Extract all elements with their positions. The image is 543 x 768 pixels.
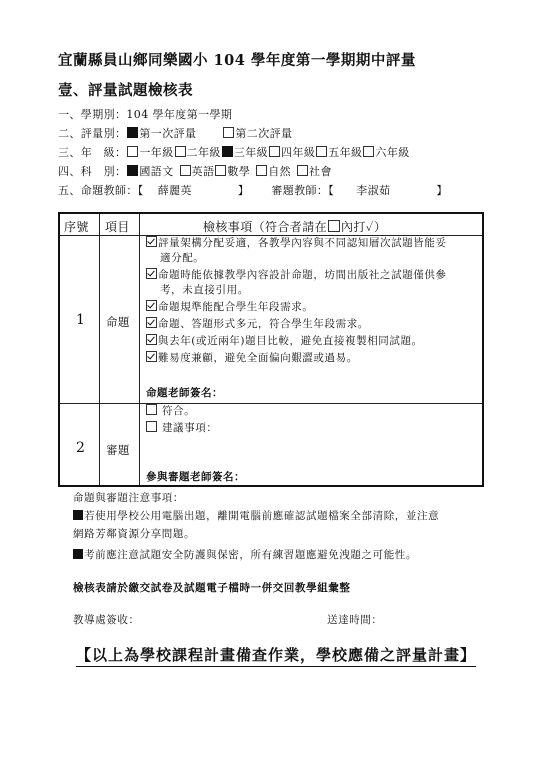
header-check-text-end: 內打✓）: [341, 220, 386, 234]
checkbox-grade-2[interactable]: [175, 146, 186, 157]
check-item-1: 評量架構分配妥適，各教學內容與不同認知層次試題皆能妥: [146, 236, 447, 251]
check-item-text: 命題時能依據教學內容設計命題，坊間出版社之試題僅供參: [158, 269, 447, 281]
checkbox-checked-icon[interactable]: [146, 300, 157, 311]
option-grade-4: 四年級: [281, 146, 315, 159]
grade-line: 三、年 級：一年級二年級三年級四年級五年級六年級: [58, 144, 410, 160]
check-item-6: 難易度兼顧，避免全面偏向艱澀或過易。: [146, 351, 358, 366]
check-item-text: 難易度兼顧，避免全面偏向艱澀或過易。: [158, 352, 358, 364]
check-item-5: 與去年(或近兩年)題目比較，避免直接複製相同試題。: [146, 334, 423, 349]
review-option-suggest: 建議事項：: [146, 421, 217, 436]
checkbox-checked-icon[interactable]: [146, 268, 157, 279]
row-2-item: 審題: [106, 442, 130, 458]
note-1-line-2: 網路芳鄰資源分享問題。: [73, 526, 195, 541]
row-2-no: 2: [76, 440, 85, 456]
reviewer-teacher-name: 李淑茹: [356, 184, 390, 197]
time-label: 送達時間：: [327, 612, 383, 627]
review-option-pass: 符合。: [146, 404, 195, 419]
option-first-exam: 第一次評量: [139, 127, 196, 140]
footer-note: 【以上為學校課程計畫備查作業，學校應備之評量計畫】: [76, 644, 476, 667]
option-math: 數學: [227, 165, 250, 178]
reviewer-label: 審題教師：【: [271, 184, 334, 197]
checkbox-math[interactable]: [215, 165, 226, 176]
checkbox-social[interactable]: [297, 165, 308, 176]
checkbox-chinese[interactable]: [127, 165, 138, 176]
note-1-line-1: 若使用學校公用電腦出題，離開電腦前應確認試題檔案全部清除，並注意: [73, 508, 439, 523]
checkbox-checked-icon[interactable]: [146, 236, 157, 247]
reviewer-signature-label: 參與審題老師簽名：: [146, 470, 245, 485]
checkbox-empty-icon[interactable]: [146, 421, 157, 432]
check-item-3: 命題規準能配合學生年段需求。: [146, 300, 313, 315]
checkbox-grade-3[interactable]: [222, 146, 233, 157]
checkbox-checked-icon[interactable]: [146, 317, 157, 328]
checkbox-empty-icon[interactable]: [146, 404, 157, 415]
bullet-square-icon: [73, 549, 83, 559]
teachers-line: 五、命題教師：【薛麗英】審題教師：【李淑茹】: [58, 182, 448, 198]
section-title: 壹、評量試題檢核表: [58, 79, 193, 100]
checkbox-checked-icon[interactable]: [146, 351, 157, 362]
option-science: 自然: [268, 165, 291, 178]
row-divider: [60, 403, 482, 404]
checkbox-grade-6[interactable]: [363, 146, 374, 157]
subject-label: 四、科 別：: [58, 165, 126, 178]
option-grade-3: 三年級: [234, 146, 268, 159]
option-grade-6: 六年級: [375, 146, 409, 159]
checkbox-checked-icon[interactable]: [146, 334, 157, 345]
author-label: 五、命題教師：【: [58, 184, 144, 197]
column-divider: [139, 214, 140, 485]
check-item-1-cont: 適分配。: [146, 251, 204, 266]
check-item-text: 建議事項：: [158, 422, 217, 434]
check-item-2: 命題時能依據教學內容設計命題，坊間出版社之試題僅供參: [146, 268, 447, 283]
bullet-square-icon: [73, 510, 83, 520]
author-teacher-name: 薛麗英: [158, 184, 192, 197]
option-grade-5: 五年級: [328, 146, 362, 159]
header-check-items: 檢核事項（符合者請在內打✓）: [203, 218, 386, 235]
option-second-exam: 第二次評量: [235, 127, 292, 140]
exam-type-label: 二、評量別：: [58, 127, 126, 140]
note-2: 考前應注意試題安全防護與保密，所有練習題應避免洩題之可能性。: [73, 547, 417, 562]
received-label: 教導處簽收：: [73, 612, 140, 627]
header-no: 序號: [64, 218, 89, 235]
semester-value: 104 學年度第一學期: [126, 108, 232, 121]
check-item-2-cont: 考，未直接引用。: [146, 283, 249, 298]
check-item-text: 命題規準能配合學生年段需求。: [158, 301, 313, 313]
check-item-text: 命題、答題形式多元，符合學生年段需求。: [158, 318, 369, 330]
note-text: 若使用學校公用電腦出題，離開電腦前應確認試題檔案全部清除，並注意: [84, 510, 439, 522]
column-divider: [99, 214, 100, 485]
check-item-text: 符合。: [158, 405, 195, 417]
checkbox-grade-1[interactable]: [127, 146, 138, 157]
checkbox-second-exam[interactable]: [223, 127, 234, 138]
header-box-icon: [328, 220, 340, 232]
option-grade-1: 一年級: [139, 146, 173, 159]
option-chinese: 國語文: [139, 165, 173, 178]
option-social: 社會: [309, 165, 332, 178]
grade-label: 三、年 級：: [58, 146, 126, 159]
check-item-text: 評量架構分配妥適，各教學內容與不同認知層次試題皆能妥: [158, 237, 447, 249]
header-check-text: 檢核事項（符合者請在: [203, 220, 327, 234]
subject-line: 四、科 別：國語文英語數學自然社會: [58, 163, 332, 179]
row-1-no: 1: [76, 312, 85, 328]
checkbox-first-exam[interactable]: [127, 127, 138, 138]
submission-instruction: 檢核表請於繳交試卷及試題電子檔時一併交回教學組彙整: [73, 580, 351, 595]
checkbox-science[interactable]: [256, 165, 267, 176]
check-item-text: 與去年(或近兩年)題目比較，避免直接複製相同試題。: [158, 335, 423, 347]
note-text: 考前應注意試題安全防護與保密，所有練習題應避免洩題之可能性。: [84, 549, 417, 561]
checklist-table: 序號 項目 檢核事項（符合者請在內打✓） 1 命題 評量架構分配妥適，各教學內容…: [58, 212, 484, 487]
option-grade-2: 二年級: [187, 146, 221, 159]
exam-type-line: 二、評量別：第一次評量第二次評量: [58, 125, 292, 141]
semester-line: 一、學期別：104 學年度第一學期: [58, 106, 232, 122]
bracket-close: 】: [436, 184, 447, 197]
bracket-close: 】: [238, 184, 249, 197]
checkbox-grade-4[interactable]: [269, 146, 280, 157]
document-title: 宜蘭縣員山鄉同樂國小 104 學年度第一學期期中評量: [58, 49, 416, 70]
checkbox-english[interactable]: [180, 165, 191, 176]
option-english: 英語: [192, 165, 215, 178]
header-item: 項目: [105, 218, 130, 235]
notes-title: 命題與審題注意事項：: [73, 490, 184, 505]
author-signature-label: 命題老師簽名：: [146, 386, 223, 401]
check-item-4: 命題、答題形式多元，符合學生年段需求。: [146, 317, 369, 332]
semester-label: 一、學期別：: [58, 108, 126, 121]
row-1-item: 命題: [106, 314, 130, 330]
checkbox-grade-5[interactable]: [316, 146, 327, 157]
